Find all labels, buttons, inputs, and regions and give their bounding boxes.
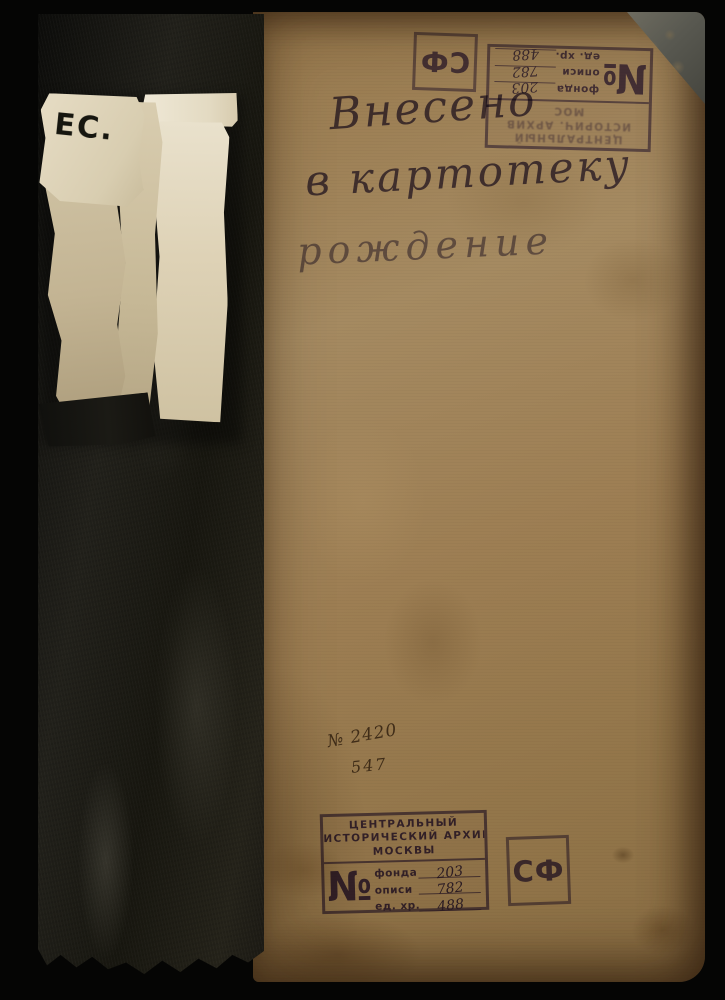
stamp-sf-top-label: СФ (419, 45, 470, 80)
fond-row: фонда 203 (374, 863, 480, 880)
edhr-row: ед. хр. 488 (495, 48, 600, 65)
fond-value: 203 (435, 864, 463, 881)
opis-value: 782 (436, 881, 464, 898)
stamp-number-block: № фонда 203 описи 782 ед. хр. 488 (324, 860, 486, 916)
torn-label-strip-right (148, 122, 229, 423)
opis-label: описи (375, 884, 419, 896)
edhr-label: ед. хр. (375, 901, 419, 913)
torn-label-with-text: ЕС. (39, 93, 145, 207)
opis-row: описи 782 (375, 879, 481, 896)
edhr-label: ед. хр. (556, 50, 600, 62)
spine-label-text: ЕС. (53, 107, 116, 148)
edhr-row: ед. хр. 488 (375, 896, 481, 913)
pencil-note-number: № 2420 (326, 720, 399, 752)
numero-symbol: № (324, 861, 375, 919)
edhr-value-line: 488 (419, 896, 481, 912)
opis-label: описи (556, 66, 600, 78)
stamp-rows: фонда 203 описи 782 ед. хр. 488 (374, 860, 486, 915)
edhr-value: 488 (436, 897, 464, 914)
stamp-sf-bottom: СФ (506, 835, 571, 906)
edhr-value-line: 488 (495, 48, 556, 64)
stamp-archive-bottom: ЦЕНТРАЛЬНЫЙ ИСТОРИЧЕСКИЙ АРХИВ МОСКВЫ № … (320, 810, 490, 914)
stamp-sf-bottom-label: СФ (512, 853, 565, 889)
front-cover-board: СФ ЦЕНТРАЛЬНЫЙ ИСТОРИЧ. АРХИВ МОС № фонд… (253, 12, 705, 982)
fond-label: фонда (374, 868, 418, 880)
fond-value-line: 203 (418, 863, 480, 879)
pencil-note-secondary: 547 (350, 754, 388, 777)
fond-label: фонда (555, 83, 599, 95)
stamp-archive-bottom-header: ЦЕНТРАЛЬНЫЙ ИСТОРИЧЕСКИЙ АРХИВ МОСКВЫ (323, 813, 485, 861)
opis-value-line: 782 (419, 879, 481, 895)
handwriting-line3: рождение (296, 218, 555, 273)
photo-archival-book-cover: СФ ЦЕНТРАЛЬНЫЙ ИСТОРИЧ. АРХИВ МОС № фонд… (0, 0, 725, 1000)
handwriting-line2: в картотеку (304, 139, 633, 205)
book-spine: ЕС. (38, 14, 264, 976)
edhr-value: 488 (512, 46, 540, 62)
numero-symbol: № (599, 46, 650, 104)
